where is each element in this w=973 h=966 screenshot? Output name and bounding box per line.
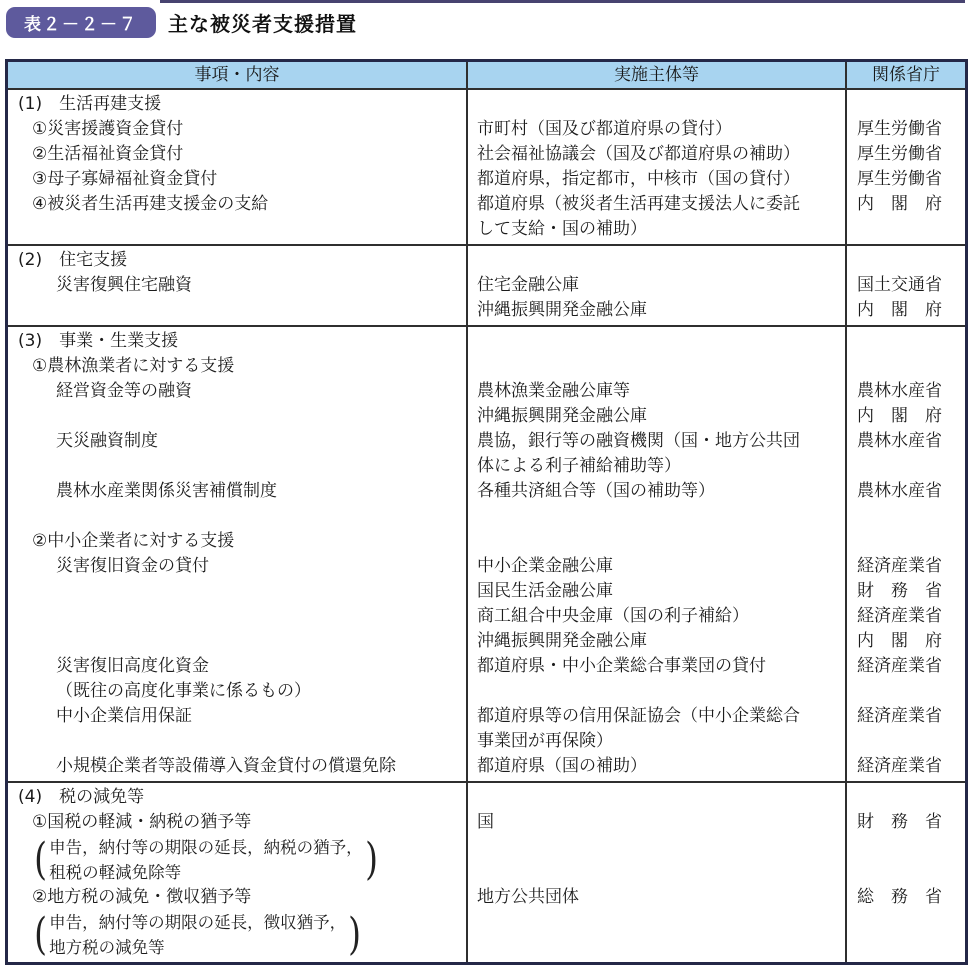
entity-text: 各種共済組合等（国の補助等） [468,479,845,504]
table-header-row: 事項・内容 実施主体等 関係省庁 [8,62,965,90]
item-text: 天災融資制度 [8,429,466,454]
ministry-text: 内 閣 府 [847,192,965,217]
entity-text [468,248,845,273]
entity-text [468,329,845,354]
ministry-text: 経済産業省 [847,554,965,579]
ministry-cell: 国土交通省内 閣 府 [845,246,965,325]
table-title: 主な被災者支援措置 [168,8,357,37]
table-caption: 表２－２－７ 主な被災者支援措置 [6,7,357,38]
entity-text [468,92,845,117]
paren-note-line: 申告，納付等の期限の延長，納税の猶予， [49,835,363,860]
entity-text [468,529,845,554]
table-section: (1) 生活再建支援①災害援護資金貸付②生活福祉資金貸付③母子寡婦福祉資金貸付④… [8,90,965,244]
paren-note-line: 申告，納付等の期限の延長，徴収猶予， [49,910,346,935]
entity-text: 商工組合中央金庫（国の利子補給） [468,604,845,629]
entity-text: 都道府県（国の補助） [468,754,845,779]
entity-text: 都道府県等の信用保証協会（中小企業総合 [468,704,845,729]
item-cell: (2) 住宅支援災害復興住宅融資 [8,246,466,325]
header-related-ministry: 関係省庁 [845,62,965,88]
item-text: 小規模企業者等設備導入資金貸付の償還免除 [8,754,466,779]
ministry-text: 厚生労働省 [847,142,965,167]
entity-text: 市町村（国及び都道府県の貸付） [468,117,845,142]
ministry-text: 総 務 省 [847,885,965,910]
ministry-text: 経済産業省 [847,654,965,679]
entity-text: 農林漁業金融公庫等 [468,379,845,404]
item-text [8,579,466,604]
item-cell: (1) 生活再建支援①災害援護資金貸付②生活福祉資金貸付③母子寡婦福祉資金貸付④… [8,90,466,244]
entity-text [468,354,845,379]
ministry-text: 経済産業省 [847,754,965,779]
item-text: 中小企業信用保証 [8,704,466,729]
item-text: ①国税の軽減・納税の猶予等 [8,810,466,835]
item-text: 災害復興住宅融資 [8,273,466,298]
ministry-text [847,454,965,479]
entity-text [468,504,845,529]
item-text [8,604,466,629]
item-text: 災害復旧高度化資金 [8,654,466,679]
ministry-text: 国土交通省 [847,273,965,298]
entity-text: 沖縄振興開発金融公庫 [468,629,845,654]
ministry-cell: 財 務 省総 務 省 [845,783,965,962]
table-number-badge: 表２－２－７ [6,7,156,38]
spacer [468,835,845,885]
item-text: ②中小企業者に対する支援 [8,529,466,554]
paren-open: ( [34,835,47,885]
entity-text: 住宅金融公庫 [468,273,845,298]
entity-text: 国民生活金融公庫 [468,579,845,604]
item-text: 農林水産業関係災害補償制度 [8,479,466,504]
ministry-text [847,504,965,529]
entity-text: 農協，銀行等の融資機関（国・地方公共団 [468,429,845,454]
item-text [8,404,466,429]
item-text: 災害復旧資金の貸付 [8,554,466,579]
ministry-text [847,785,965,810]
entity-text: して支給・国の補助） [468,217,845,242]
header-implementing-entity: 実施主体等 [466,62,845,88]
item-text [8,217,466,242]
item-text: ②生活福祉資金貸付 [8,142,466,167]
ministry-text [847,92,965,117]
item-text [8,504,466,529]
table-section: (2) 住宅支援災害復興住宅融資住宅金融公庫沖縄振興開発金融公庫国土交通省内 閣… [8,244,965,325]
item-cell: (3) 事業・生業支援①農林漁業者に対する支援経営資金等の融資天災融資制度農林水… [8,327,466,781]
ministry-text: 経済産業省 [847,604,965,629]
item-text [8,454,466,479]
item-text: ①災害援護資金貸付 [8,117,466,142]
ministry-text [847,529,965,554]
ministry-text: 農林水産省 [847,429,965,454]
ministry-text: 財 務 省 [847,579,965,604]
ministry-text [847,679,965,704]
ministry-text: 農林水産省 [847,379,965,404]
entity-text [468,785,845,810]
ministry-text: 経済産業省 [847,704,965,729]
entity-text [468,679,845,704]
ministry-text: 内 閣 府 [847,404,965,429]
item-cell: (4) 税の減免等①国税の軽減・納税の猶予等(申告，納付等の期限の延長，納税の猶… [8,783,466,962]
ministry-text [847,354,965,379]
table-section: (4) 税の減免等①国税の軽減・納税の猶予等(申告，納付等の期限の延長，納税の猶… [8,781,965,962]
item-text: ③母子寡婦福祉資金貸付 [8,167,466,192]
table-body: (1) 生活再建支援①災害援護資金貸付②生活福祉資金貸付③母子寡婦福祉資金貸付④… [8,90,965,962]
entity-text: 中小企業金融公庫 [468,554,845,579]
entity-text: 事業団が再保険） [468,729,845,754]
paren-close: ) [365,835,378,885]
spacer [847,835,965,885]
paren-note-line: 租税の軽減免除等 [49,860,363,885]
ministry-text: 財 務 省 [847,810,965,835]
item-text [8,629,466,654]
item-text: ④被災者生活再建支援金の支給 [8,192,466,217]
ministry-cell: 農林水産省内 閣 府農林水産省農林水産省経済産業省財 務 省経済産業省内 閣 府… [845,327,965,781]
paren-note: (申告，納付等の期限の延長，納税の猶予，租税の軽減免除等) [8,835,466,885]
item-text: (2) 住宅支援 [8,248,466,273]
ministry-cell: 厚生労働省厚生労働省厚生労働省内 閣 府 [845,90,965,244]
entity-text: 国 [468,810,845,835]
item-text: ②地方税の減免・徴収猶予等 [8,885,466,910]
paren-note: (申告，納付等の期限の延長，徴収猶予，地方税の減免等) [8,910,466,960]
entity-text: 体による利子補給補助等） [468,454,845,479]
entity-text: 地方公共団体 [468,885,845,910]
entity-text: 都道府県・中小企業総合事業団の貸付 [468,654,845,679]
entity-cell: 農林漁業金融公庫等沖縄振興開発金融公庫農協，銀行等の融資機関（国・地方公共団体に… [466,327,845,781]
table-section: (3) 事業・生業支援①農林漁業者に対する支援経営資金等の融資天災融資制度農林水… [8,325,965,781]
ministry-text [847,217,965,242]
support-measures-table: 事項・内容 実施主体等 関係省庁 (1) 生活再建支援①災害援護資金貸付②生活福… [5,59,968,965]
entity-text: 社会福祉協議会（国及び都道府県の補助） [468,142,845,167]
item-text: (4) 税の減免等 [8,785,466,810]
entity-cell: 市町村（国及び都道府県の貸付）社会福祉協議会（国及び都道府県の補助）都道府県，指… [466,90,845,244]
ministry-text: 厚生労働省 [847,117,965,142]
spacer [468,910,845,960]
item-text [8,298,466,323]
entity-text: 都道府県，指定都市，中核市（国の貸付） [468,167,845,192]
item-text: 経営資金等の融資 [8,379,466,404]
item-text: ①農林漁業者に対する支援 [8,354,466,379]
entity-text: 都道府県（被災者生活再建支援法人に委託 [468,192,845,217]
entity-cell: 国地方公共団体 [466,783,845,962]
ministry-text: 内 閣 府 [847,298,965,323]
entity-text: 沖縄振興開発金融公庫 [468,298,845,323]
ministry-text: 農林水産省 [847,479,965,504]
item-text [8,729,466,754]
item-text: (3) 事業・生業支援 [8,329,466,354]
page-top-rule [160,0,965,3]
paren-note-line: 地方税の減免等 [49,935,346,960]
entity-text: 沖縄振興開発金融公庫 [468,404,845,429]
ministry-text: 厚生労働省 [847,167,965,192]
ministry-text [847,329,965,354]
paren-open: ( [34,910,47,960]
header-item-content: 事項・内容 [8,62,466,88]
entity-cell: 住宅金融公庫沖縄振興開発金融公庫 [466,246,845,325]
paren-close: ) [348,910,361,960]
spacer [847,910,965,960]
item-text: （既往の高度化事業に係るもの） [8,679,466,704]
ministry-text [847,248,965,273]
ministry-text: 内 閣 府 [847,629,965,654]
item-text: (1) 生活再建支援 [8,92,466,117]
ministry-text [847,729,965,754]
